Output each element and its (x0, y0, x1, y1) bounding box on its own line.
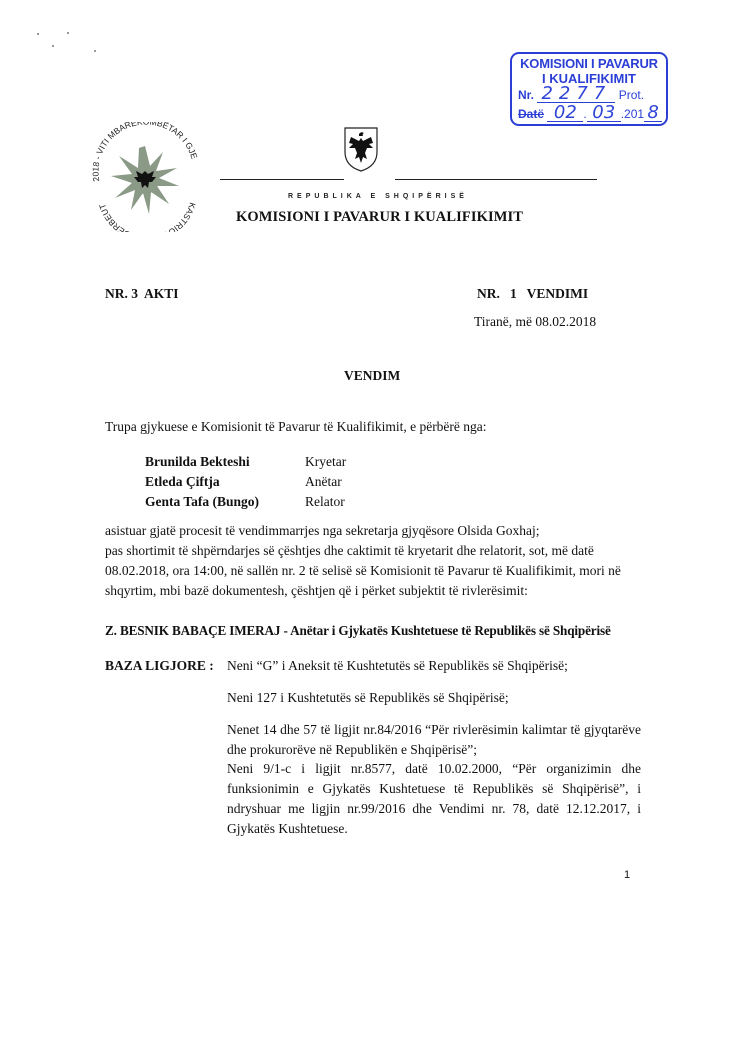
stamp-number-row: Nr. 2277 Prot. (518, 86, 660, 103)
stamp-nr-label: Nr. (518, 88, 534, 102)
scan-speck (37, 33, 39, 35)
act-number: NR. 3 AKTI (105, 286, 179, 302)
body-paragraph-line: pas shortimit të shpërndarjes së çështje… (105, 543, 641, 559)
legal-basis-item: Neni 127 i Kushtetutës së Republikës së … (227, 688, 641, 708)
stamp-date-label: Datë (518, 107, 544, 121)
scan-speck (94, 50, 96, 52)
panel-member: Genta Tafa (Bungo)Relator (145, 494, 345, 510)
stamp-date-day: 02 (547, 105, 583, 122)
legal-basis-item: Nenet 14 dhe 57 të ligjit nr.84/2016 “Pë… (227, 720, 641, 760)
stamp-prot-label: Prot. (619, 88, 644, 102)
panel-member-name: Genta Tafa (Bungo) (145, 494, 305, 510)
legal-basis-item: Neni “G” i Aneksit të Kushtetutës së Rep… (227, 656, 641, 676)
republic-label: REPUBLIKA E SHQIPËRISË (288, 193, 468, 200)
review-subject: Z. BESNIK BABAÇE IMERAJ - Anëtar i Gjyka… (105, 623, 611, 639)
skanderbeg-year-seal: 2018 - VITI MBARËKOMBËTAR I GJERGJ KASTR… (82, 122, 222, 232)
legal-basis-label: BAZA LIGJORE : (105, 658, 214, 674)
header-rule-left (220, 179, 344, 180)
stamp-date-year-suffix: 8 (644, 105, 662, 122)
page-number: 1 (624, 869, 630, 881)
albanian-eagle-emblem-icon (343, 126, 379, 172)
registration-stamp: KOMISIONI I PAVARUR I KUALIFIKIMIT Nr. 2… (510, 52, 668, 126)
commission-name: KOMISIONI I PAVARUR I KUALIFIKIMIT (236, 209, 523, 226)
header-rule-right (395, 179, 597, 180)
decision-number: NR. 1 VENDIMI (477, 286, 588, 302)
stamp-date-year-prefix: .201 (621, 107, 644, 121)
panel-member-role: Kryetar (305, 454, 346, 469)
stamp-line-1: KOMISIONI I PAVARUR (512, 56, 666, 71)
stamp-date-row: Datë 02.03.2018 (518, 105, 660, 122)
panel-member-name: Brunilda Bekteshi (145, 454, 305, 470)
panel-member: Etleda ÇiftjaAnëtar (145, 474, 342, 490)
body-paragraph-line: 08.02.2018, ora 14:00, në sallën nr. 2 t… (105, 563, 641, 579)
panel-member: Brunilda BekteshiKryetar (145, 454, 346, 470)
secretary-line: asistuar gjatë procesit të vendimmarrjes… (105, 523, 539, 539)
legal-basis-item: Neni 9/1-c i ligjit nr.8577, datë 10.02.… (227, 759, 641, 839)
stamp-date-month: 03 (587, 105, 621, 122)
intro-text: Trupa gjykuese e Komisionit të Pavarur t… (105, 419, 487, 435)
panel-member-name: Etleda Çiftja (145, 474, 305, 490)
document-title: VENDIM (344, 368, 400, 384)
scan-speck (67, 32, 69, 34)
body-paragraph-line: shqyrtim, mbi bazë dokumentesh, çështjen… (105, 583, 528, 599)
scan-speck (52, 45, 54, 47)
stamp-nr-value: 2277 (537, 86, 615, 103)
panel-member-role: Anëtar (305, 474, 342, 489)
place-date: Tiranë, më 08.02.2018 (474, 314, 596, 330)
panel-member-role: Relator (305, 494, 345, 509)
seal-star-icon: 2018 - VITI MBARËKOMBËTAR I GJERGJ KASTR… (82, 122, 222, 232)
